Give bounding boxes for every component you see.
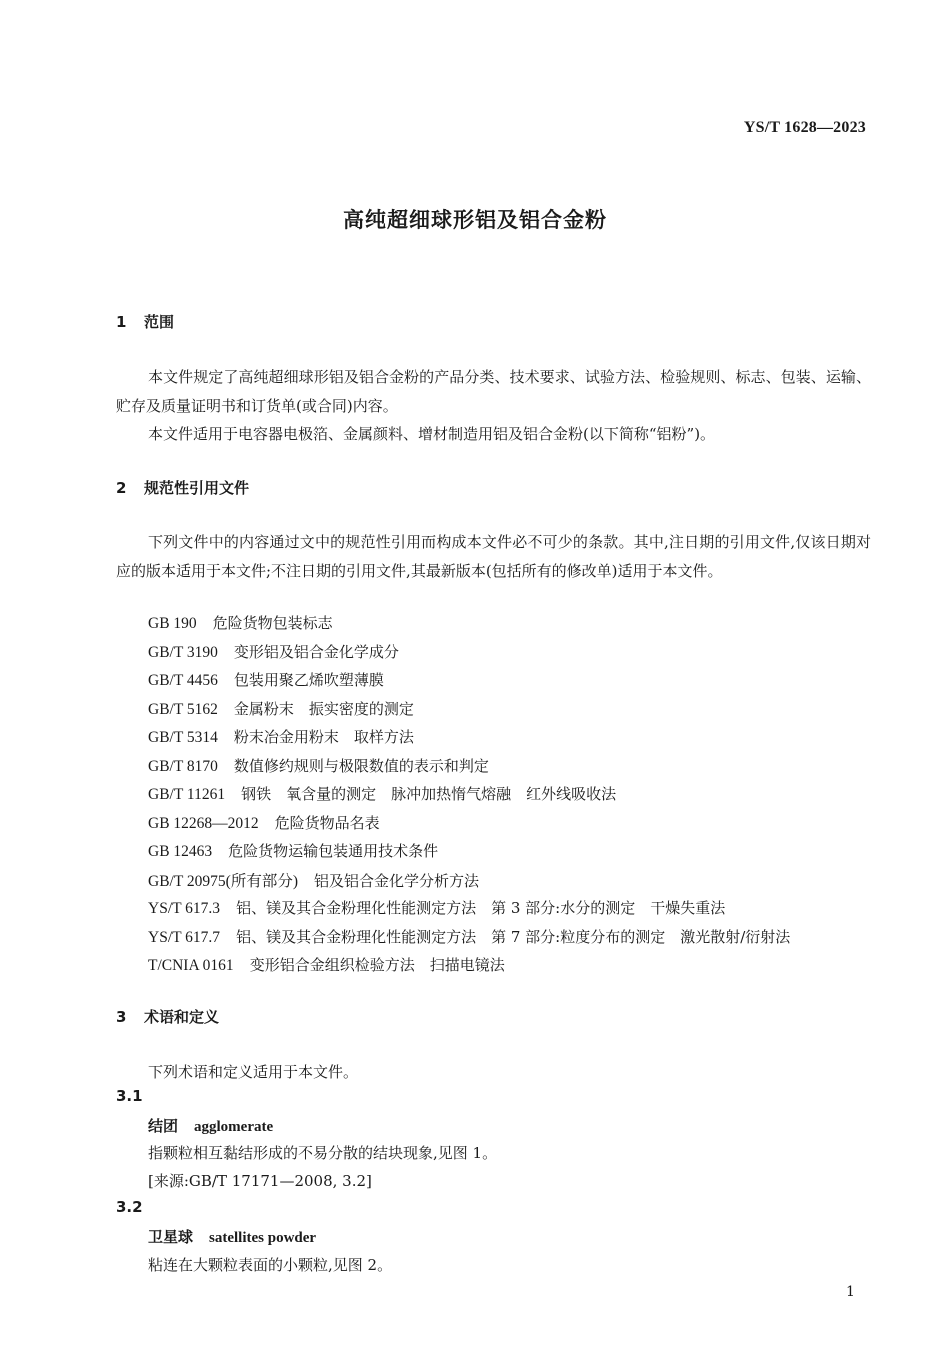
term-3-1-definition: 指颗粒相互黏结形成的不易分散的结块现象,见图 1。 (148, 1142, 497, 1163)
term-en: agglomerate (194, 1119, 273, 1135)
reference-item: GB/T 5162金属粉末 振实密度的测定 (148, 698, 414, 719)
term-en: satellites powder (209, 1230, 316, 1246)
reference-item: GB/T 20975(所有部分)铝及铝合金化学分析方法 (148, 869, 479, 891)
document-title: 高纯超细球形铝及铝合金粉 (0, 204, 950, 234)
reference-code: GB/T 8170 (148, 758, 218, 775)
reference-item: GB 12463危险货物运输包装通用技术条件 (148, 840, 438, 861)
reference-title: 粉末冶金用粉末 取样方法 (234, 728, 414, 746)
reference-code: GB/T 5162 (148, 701, 218, 718)
section-3-heading: 3术语和定义 (116, 1006, 219, 1027)
section-2-heading: 2规范性引用文件 (116, 477, 249, 498)
reference-title: 包装用聚乙烯吹塑薄膜 (234, 671, 384, 689)
term-3-1-source: [来源:GB/T 17171—2008, 3.2] (148, 1170, 372, 1191)
reference-code: YS/T 617.3 (148, 900, 220, 917)
section-1-paragraph-2: 本文件适用于电容器电极箔、金属颜料、增材制造用铝及铝合金粉(以下简称“铝粉”)。 (116, 420, 871, 449)
reference-item: GB/T 8170数值修约规则与极限数值的表示和判定 (148, 755, 489, 776)
reference-code: GB/T 3190 (148, 644, 218, 661)
reference-code: GB/T 4456 (148, 672, 218, 689)
reference-item: GB/T 11261钢铁 氧含量的测定 脉冲加热惰气熔融 红外线吸收法 (148, 783, 616, 804)
reference-title: 铝、镁及其合金粉理化性能测定方法 第 3 部分:水分的测定 干燥失重法 (236, 899, 725, 917)
page-number: 1 (846, 1284, 855, 1300)
reference-title: 铝及铝合金化学分析方法 (314, 872, 479, 890)
reference-code: GB/T 20975(所有部分) (148, 873, 298, 890)
section-title: 术语和定义 (144, 1008, 219, 1026)
reference-title: 钢铁 氧含量的测定 脉冲加热惰气熔融 红外线吸收法 (241, 785, 616, 803)
reference-title: 危险货物运输包装通用技术条件 (228, 842, 438, 860)
reference-title: 铝、镁及其合金粉理化性能测定方法 第 7 部分:粒度分布的测定 激光散射/衍射法 (236, 928, 790, 946)
section-2-paragraph-1: 下列文件中的内容通过文中的规范性引用而构成本文件必不可少的条款。其中,注日期的引… (116, 528, 871, 585)
reference-item: GB/T 4456包装用聚乙烯吹塑薄膜 (148, 669, 384, 690)
section-1-heading: 1范围 (116, 311, 174, 332)
section-number: 2 (116, 479, 144, 497)
reference-item: GB/T 5314粉末冶金用粉末 取样方法 (148, 726, 414, 747)
term-3-2-definition: 粘连在大颗粒表面的小颗粒,见图 2。 (148, 1254, 392, 1275)
term-3-2-number: 3.2 (116, 1198, 143, 1216)
reference-title: 危险货物包装标志 (213, 614, 333, 632)
reference-title: 变形铝合金组织检验方法 扫描电镜法 (250, 956, 505, 974)
reference-code: GB/T 11261 (148, 786, 225, 803)
reference-item: YS/T 617.7铝、镁及其合金粉理化性能测定方法 第 7 部分:粒度分布的测… (148, 926, 790, 947)
reference-code: T/CNIA 0161 (148, 957, 234, 974)
reference-item: GB 190危险货物包装标志 (148, 612, 333, 633)
reference-item: GB 12268—2012危险货物品名表 (148, 812, 380, 833)
term-zh: 卫星球 (148, 1228, 193, 1246)
reference-code: GB/T 5314 (148, 729, 218, 746)
reference-item: GB/T 3190变形铝及铝合金化学成分 (148, 641, 399, 662)
section-number: 3 (116, 1008, 144, 1026)
section-title: 规范性引用文件 (144, 479, 249, 497)
reference-item: T/CNIA 0161变形铝合金组织检验方法 扫描电镜法 (148, 954, 505, 975)
reference-title: 数值修约规则与极限数值的表示和判定 (234, 757, 489, 775)
reference-code: GB 12268—2012 (148, 815, 259, 832)
term-3-1-number: 3.1 (116, 1087, 143, 1105)
reference-title: 变形铝及铝合金化学成分 (234, 643, 399, 661)
section-title: 范围 (144, 313, 174, 331)
section-number: 1 (116, 313, 144, 331)
reference-code: GB 12463 (148, 843, 212, 860)
reference-code: YS/T 617.7 (148, 929, 220, 946)
section-3-paragraph-1: 下列术语和定义适用于本文件。 (116, 1058, 871, 1087)
standard-code: YS/T 1628—2023 (744, 119, 866, 137)
term-zh: 结团 (148, 1117, 178, 1135)
reference-item: YS/T 617.3铝、镁及其合金粉理化性能测定方法 第 3 部分:水分的测定 … (148, 897, 725, 918)
term-3-1-name: 结团agglomerate (148, 1115, 273, 1136)
section-1-paragraph-1: 本文件规定了高纯超细球形铝及铝合金粉的产品分类、技术要求、试验方法、检验规则、标… (116, 363, 871, 420)
reference-code: GB 190 (148, 615, 197, 632)
reference-title: 危险货物品名表 (275, 814, 380, 832)
term-3-2-name: 卫星球satellites powder (148, 1226, 316, 1247)
reference-title: 金属粉末 振实密度的测定 (234, 700, 414, 718)
